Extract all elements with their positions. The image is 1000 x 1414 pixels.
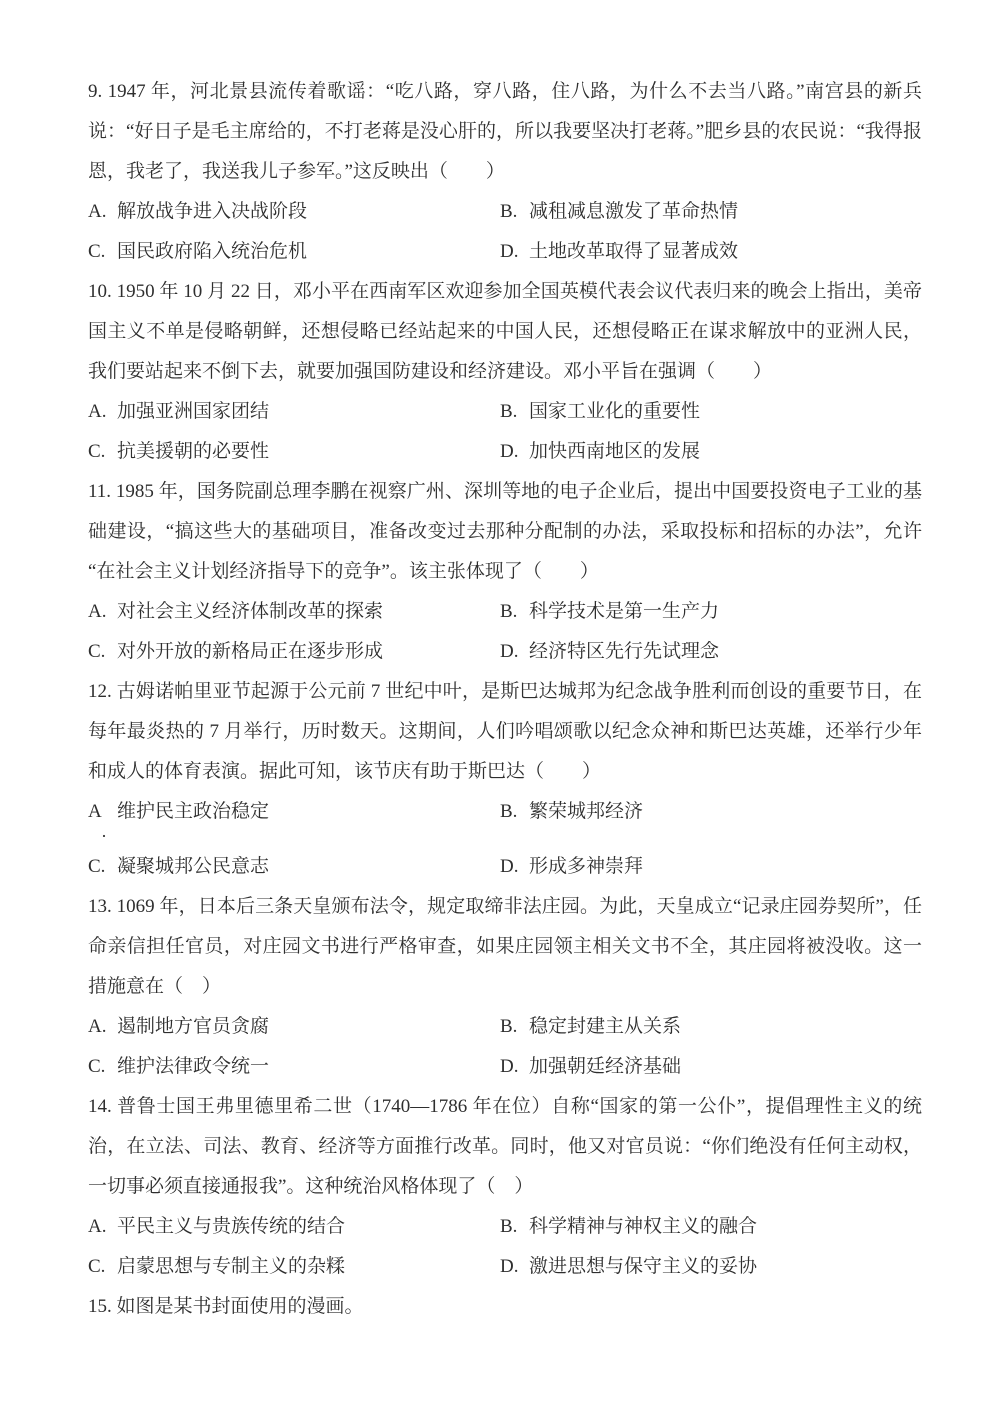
option-text: 遏制地方官员贪腐 — [117, 1016, 269, 1037]
question-9-options-row-2: C.国民政府陷入统治危机 D.土地改革取得了显著成效 — [88, 232, 922, 272]
question-12: 12. 古姆诺帕里亚节起源于公元前 7 世纪中叶，是斯巴达城邦为纪念战争胜利而创… — [88, 672, 922, 887]
question-14-option-d: D.激进思想与保守主义的妥协 — [500, 1247, 922, 1287]
question-9-option-a: A.解放战争进入决战阶段 — [88, 192, 500, 232]
option-label: C. — [88, 847, 108, 887]
option-text: 形成多神崇拜 — [529, 856, 643, 877]
question-12-option-b: B.繁荣城邦经济 — [500, 792, 922, 832]
option-label: A. — [88, 192, 108, 232]
option-text: 繁荣城邦经济 — [529, 801, 643, 822]
option-label: B. — [500, 792, 520, 832]
question-11-option-b: B.科学技术是第一生产力 — [500, 592, 922, 632]
question-15: 15. 如图是某书封面使用的漫画。 — [88, 1287, 922, 1327]
option-text: 启蒙思想与专制主义的杂糅 — [117, 1256, 345, 1277]
question-10-option-c: C.抗美援朝的必要性 — [88, 432, 500, 472]
option-text: 激进思想与保守主义的妥协 — [529, 1256, 757, 1277]
option-text: 对外开放的新格局正在逐步形成 — [117, 641, 383, 662]
option-label: D. — [500, 632, 520, 672]
question-14-option-b: B.科学精神与神权主义的融合 — [500, 1207, 922, 1247]
option-text: 对社会主义经济体制改革的探索 — [117, 601, 383, 622]
question-10-option-a: A.加强亚洲国家团结 — [88, 392, 500, 432]
question-15-stem: 15. 如图是某书封面使用的漫画。 — [88, 1287, 922, 1327]
question-14-options-row-1: A.平民主义与贵族传统的结合 B.科学精神与神权主义的融合 — [88, 1207, 922, 1247]
question-9-option-d: D.土地改革取得了显著成效 — [500, 232, 922, 272]
option-text: 经济特区先行先试理念 — [529, 641, 719, 662]
option-text: 减租减息激发了革命热情 — [529, 201, 738, 222]
option-text: 国民政府陷入统治危机 — [117, 241, 307, 262]
option-text: 维护法律政令统一 — [117, 1056, 269, 1077]
option-text: 维护民主政治稳定 — [117, 801, 269, 822]
option-label: C. — [88, 232, 108, 272]
option-label: A. — [88, 592, 108, 632]
question-14: 14. 普鲁士国王弗里德里希二世（1740—1786 年在位）自称“国家的第一公… — [88, 1087, 922, 1287]
option-label: C. — [88, 1247, 108, 1287]
option-label: B. — [500, 1207, 520, 1247]
option-label: D. — [500, 847, 520, 887]
question-11-options-row-2: C.对外开放的新格局正在逐步形成 D.经济特区先行先试理念 — [88, 632, 922, 672]
option-text: 凝聚城邦公民意志 — [117, 856, 269, 877]
option-label: D. — [500, 432, 520, 472]
option-text: 科学技术是第一生产力 — [529, 601, 719, 622]
question-14-option-c: C.启蒙思想与专制主义的杂糅 — [88, 1247, 500, 1287]
question-11-stem: 11. 1985 年，国务院副总理李鹏在视察广州、深圳等地的电子企业后，提出中国… — [88, 472, 922, 592]
question-9-option-c: C.国民政府陷入统治危机 — [88, 232, 500, 272]
option-label: C. — [88, 1047, 108, 1087]
option-label: C. — [88, 432, 108, 472]
option-label: A. — [88, 1207, 108, 1247]
question-11-option-d: D.经济特区先行先试理念 — [500, 632, 922, 672]
question-14-option-a: A.平民主义与贵族传统的结合 — [88, 1207, 500, 1247]
question-13-option-b: B.稳定封建主从关系 — [500, 1007, 922, 1047]
option-label: B. — [500, 192, 520, 232]
question-10-option-d: D.加快西南地区的发展 — [500, 432, 922, 472]
question-11: 11. 1985 年，国务院副总理李鹏在视察广州、深圳等地的电子企业后，提出中国… — [88, 472, 922, 672]
option-label: A. — [88, 1007, 108, 1047]
option-text: 加强朝廷经济基础 — [529, 1056, 681, 1077]
option-text: 稳定封建主从关系 — [529, 1016, 681, 1037]
question-10-option-b: B.国家工业化的重要性 — [500, 392, 922, 432]
question-12-options-row-1: A维护民主政治稳定 B.繁荣城邦经济 — [88, 792, 922, 832]
option-label: C. — [88, 632, 108, 672]
question-12-option-c: C.凝聚城邦公民意志 — [88, 847, 500, 887]
option-text: 加强亚洲国家团结 — [117, 401, 269, 422]
question-14-stem: 14. 普鲁士国王弗里德里希二世（1740—1786 年在位）自称“国家的第一公… — [88, 1087, 922, 1207]
question-13: 13. 1069 年，日本后三条天皇颁布法令，规定取缔非法庄园。为此，天皇成立“… — [88, 887, 922, 1087]
question-13-option-d: D.加强朝廷经济基础 — [500, 1047, 922, 1087]
question-13-stem: 13. 1069 年，日本后三条天皇颁布法令，规定取缔非法庄园。为此，天皇成立“… — [88, 887, 922, 1007]
option-label: A. — [88, 392, 108, 432]
option-label: D. — [500, 1247, 520, 1287]
question-13-options-row-2: C.维护法律政令统一 D.加强朝廷经济基础 — [88, 1047, 922, 1087]
question-10-options-row-1: A.加强亚洲国家团结 B.国家工业化的重要性 — [88, 392, 922, 432]
question-9-stem: 9. 1947 年，河北景县流传着歌谣：“吃八路，穿八路，住八路，为什么不去当八… — [88, 72, 922, 192]
option-text: 加快西南地区的发展 — [529, 441, 700, 462]
question-9-option-b: B.减租减息激发了革命热情 — [500, 192, 922, 232]
option-text: 科学精神与神权主义的融合 — [529, 1216, 757, 1237]
option-text: 平民主义与贵族传统的结合 — [117, 1216, 345, 1237]
option-label: D. — [500, 232, 520, 272]
option-text: 土地改革取得了显著成效 — [529, 241, 738, 262]
question-10: 10. 1950 年 10 月 22 日，邓小平在西南军区欢迎参加全国英模代表会… — [88, 272, 922, 472]
question-13-option-c: C.维护法律政令统一 — [88, 1047, 500, 1087]
option-text: 抗美援朝的必要性 — [117, 441, 269, 462]
option-label: B. — [500, 592, 520, 632]
question-13-option-a: A.遏制地方官员贪腐 — [88, 1007, 500, 1047]
question-13-options-row-1: A.遏制地方官员贪腐 B.稳定封建主从关系 — [88, 1007, 922, 1047]
option-text: 国家工业化的重要性 — [529, 401, 700, 422]
question-10-options-row-2: C.抗美援朝的必要性 D.加快西南地区的发展 — [88, 432, 922, 472]
exam-page: 9. 1947 年，河北景县流传着歌谣：“吃八路，穿八路，住八路，为什么不去当八… — [0, 0, 1000, 1414]
question-11-option-c: C.对外开放的新格局正在逐步形成 — [88, 632, 500, 672]
option-label: D. — [500, 1047, 520, 1087]
question-9: 9. 1947 年，河北景县流传着歌谣：“吃八路，穿八路，住八路，为什么不去当八… — [88, 72, 922, 272]
question-12-option-a: A维护民主政治稳定 — [88, 792, 500, 832]
question-12-option-d: D.形成多神崇拜 — [500, 847, 922, 887]
question-12-options-row-2: C.凝聚城邦公民意志 D.形成多神崇拜 — [88, 847, 922, 887]
option-label: B. — [500, 1007, 520, 1047]
question-11-option-a: A.对社会主义经济体制改革的探索 — [88, 592, 500, 632]
question-10-stem: 10. 1950 年 10 月 22 日，邓小平在西南军区欢迎参加全国英模代表会… — [88, 272, 922, 392]
question-11-options-row-1: A.对社会主义经济体制改革的探索 B.科学技术是第一生产力 — [88, 592, 922, 632]
option-text: 解放战争进入决战阶段 — [117, 201, 307, 222]
stray-dot-mark: · — [88, 832, 922, 847]
question-14-options-row-2: C.启蒙思想与专制主义的杂糅 D.激进思想与保守主义的妥协 — [88, 1247, 922, 1287]
option-label: B. — [500, 392, 520, 432]
question-12-stem: 12. 古姆诺帕里亚节起源于公元前 7 世纪中叶，是斯巴达城邦为纪念战争胜利而创… — [88, 672, 922, 792]
question-9-options-row-1: A.解放战争进入决战阶段 B.减租减息激发了革命热情 — [88, 192, 922, 232]
